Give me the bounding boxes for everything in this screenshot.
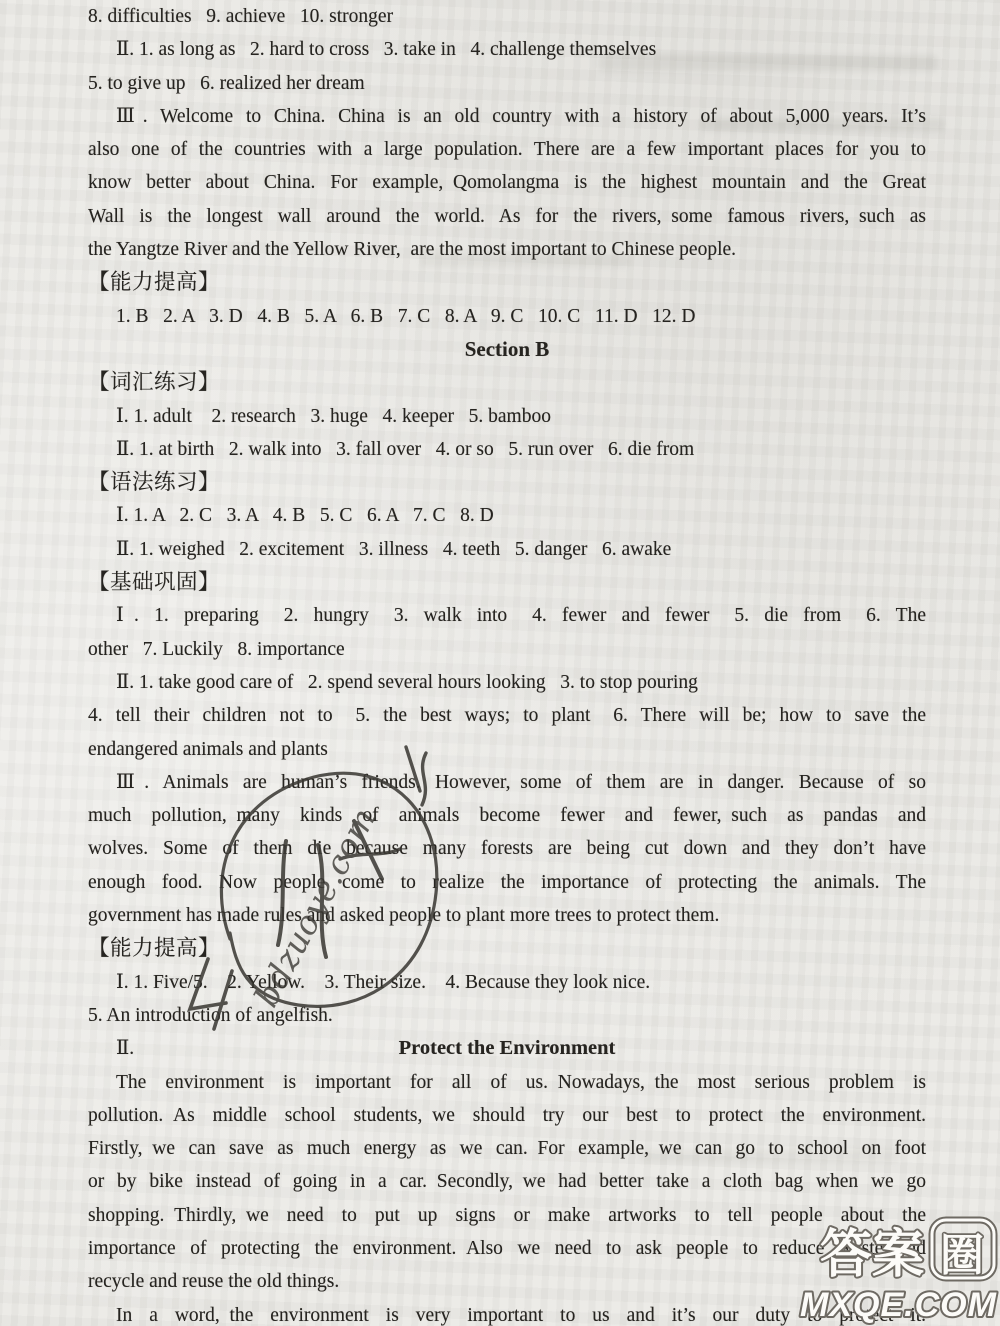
watermark-cn-boxed: 圈 (940, 1231, 984, 1280)
page-text: 8. difficulties 9. achieve 10. strongerⅡ… (88, 0, 926, 1326)
answers-line: Ⅱ. 1. at birth 2. walk into 3. fall over… (88, 433, 926, 466)
roman-numeral-label: Ⅱ. (116, 1032, 134, 1065)
answers-line: other 7. Luckily 8. importance (88, 633, 926, 666)
answers-line: 4. tell their children not to 5. the bes… (88, 699, 926, 732)
essay-line: Firstly, we can save as much energy as w… (88, 1132, 926, 1165)
passage-line: much pollution, many kinds of animals be… (88, 799, 926, 832)
section-header-jichu-gonggu: 【基础巩固】 (88, 566, 926, 599)
passage-line: Ⅲ. Animals are human’s friends. However,… (88, 766, 926, 799)
essay-line: In a word, the environment is very impor… (88, 1299, 926, 1326)
essay-line: The environment is important for all of … (88, 1066, 926, 1099)
essay-line: recycle and reuse the old things. (88, 1265, 926, 1298)
answers-line: 5. to give up 6. realized her dream (88, 67, 926, 100)
watermark-box (932, 1220, 994, 1278)
essay-line: or by bike instead of going in a car. Se… (88, 1165, 926, 1198)
answers-line: 1. B 2. A 3. D 4. B 5. A 6. B 7. C 8. A … (88, 300, 926, 333)
section-header-yufa-lianxi: 【语法练习】 (88, 466, 926, 499)
passage-line: Wall is the longest wall around the worl… (88, 200, 926, 233)
essay-line: importance of protecting the environment… (88, 1232, 926, 1265)
answers-line: 5. An introduction of angelfish. (88, 999, 926, 1032)
essay-title: Protect the Environment (399, 1037, 616, 1059)
passage-line: enough food. Now people come to realize … (88, 866, 926, 899)
passage-line: the Yangtze River and the Yellow River, … (88, 233, 926, 266)
essay-line: pollution. As middle school students, we… (88, 1099, 926, 1132)
answers-line: Ⅰ. 1. Five/5. 2. Yellow. 3. Their size. … (88, 966, 926, 999)
answers-line: Ⅰ. 1. preparing 2. hungry 3. walk into 4… (88, 599, 926, 632)
section-b-heading: Section B (88, 333, 926, 366)
answers-line: Ⅰ. 1. A 2. C 3. A 4. B 5. C 6. A 7. C 8.… (88, 499, 926, 532)
answers-line: 8. difficulties 9. achieve 10. stronger (88, 0, 926, 33)
passage-line: Ⅲ. Welcome to China. China is an old cou… (88, 100, 926, 133)
answers-line: Ⅰ. 1. adult 2. research 3. huge 4. keepe… (88, 400, 926, 433)
answers-line: endangered animals and plants (88, 733, 926, 766)
answers-line: Ⅱ. 1. weighed 2. excitement 3. illness 4… (88, 533, 926, 566)
answers-line: Ⅱ. 1. take good care of 2. spend several… (88, 666, 926, 699)
section-header-cihui-lianxi: 【词汇练习】 (88, 366, 926, 399)
passage-line: wolves. Some of them die because many fo… (88, 832, 926, 865)
passage-line: government has made rules and asked peop… (88, 899, 926, 932)
passage-line: also one of the countries with a large p… (88, 133, 926, 166)
essay-line: shopping. Thirdly, we need to put up sig… (88, 1199, 926, 1232)
essay-title-line: Ⅱ.Protect the Environment (88, 1032, 926, 1065)
section-header-nengli-tigao: 【能力提高】 (88, 932, 926, 965)
passage-line: know better about China. For example, Qo… (88, 166, 926, 199)
answers-line: Ⅱ. 1. as long as 2. hard to cross 3. tak… (88, 33, 926, 66)
section-header-nengli-tigao: 【能力提高】 (88, 266, 926, 299)
